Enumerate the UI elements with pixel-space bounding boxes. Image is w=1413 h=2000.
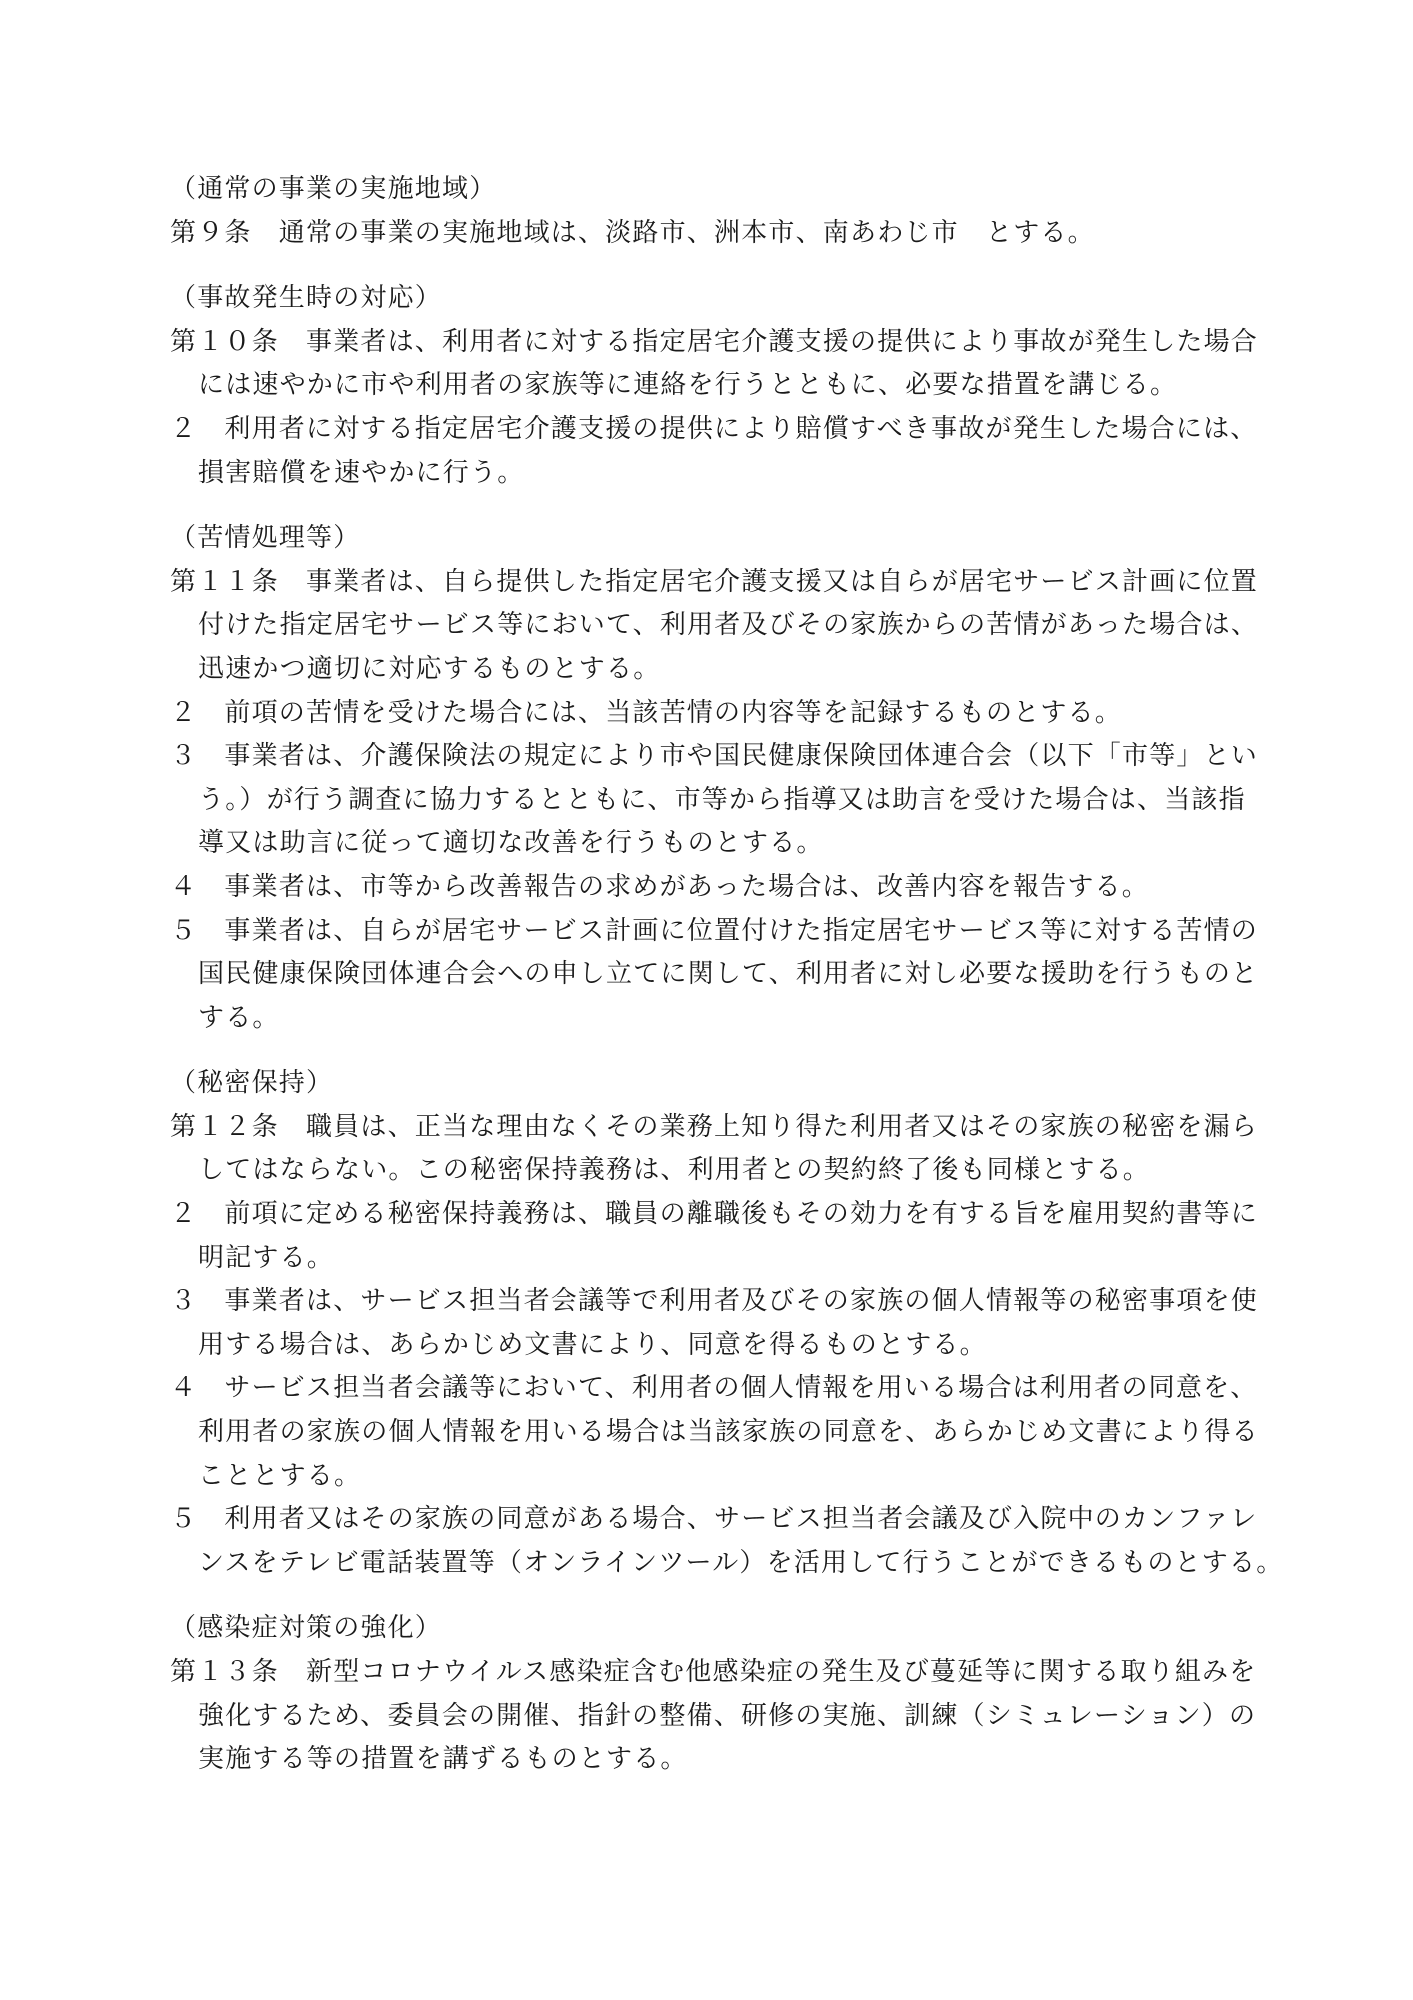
text-line: 導又は助言に従って適切な改善を行うものとする。 — [170, 822, 1250, 866]
text-line: こととする。 — [170, 1455, 1250, 1499]
text-line: ２ 前項に定める秘密保持義務は、職員の離職後もその効力を有する旨を雇用契約書等に — [170, 1193, 1250, 1237]
article-12-item-2: ２ 前項に定める秘密保持義務は、職員の離職後もその効力を有する旨を雇用契約書等に… — [170, 1193, 1250, 1280]
article-10: 第１０条 事業者は、利用者に対する指定居宅介護支援の提供により事故が発生した場合… — [170, 321, 1250, 408]
section-heading: （苦情処理等） — [170, 517, 1250, 561]
article-9: 第９条 通常の事業の実施地域は、淡路市、洲本市、南あわじ市 とする。 — [170, 212, 1250, 256]
article-12: 第１２条 職員は、正当な理由なくその業務上知り得た利用者又はその家族の秘密を漏ら… — [170, 1106, 1250, 1193]
text-line: ２ 利用者に対する指定居宅介護支援の提供により賠償すべき事故が発生した場合には、 — [170, 408, 1250, 452]
section-heading: （通常の事業の実施地域） — [170, 168, 1250, 212]
text-line: ３ 事業者は、サービス担当者会議等で利用者及びその家族の個人情報等の秘密事項を使 — [170, 1280, 1250, 1324]
text-line: 迅速かつ適切に対応するものとする。 — [170, 648, 1250, 692]
text-line: う。）が行う調査に協力するとともに、市等から指導又は助言を受けた場合は、当該指 — [170, 779, 1250, 823]
text-line: 第１３条 新型コロナウイルス感染症含む他感染症の発生及び蔓延等に関する取り組みを — [170, 1651, 1250, 1695]
article-11-item-5: ５ 事業者は、自らが居宅サービス計画に位置付けた指定居宅サービス等に対する苦情の… — [170, 910, 1250, 1041]
article-12-item-4: ４ サービス担当者会議等において、利用者の個人情報を用いる場合は利用者の同意を、… — [170, 1367, 1250, 1498]
document-page: （通常の事業の実施地域） 第９条 通常の事業の実施地域は、淡路市、洲本市、南あわ… — [170, 168, 1250, 1782]
text-line: 実施する等の措置を講ずるものとする。 — [170, 1738, 1250, 1782]
section-infection-control: （感染症対策の強化） 第１３条 新型コロナウイルス感染症含む他感染症の発生及び蔓… — [170, 1607, 1250, 1781]
article-11-item-2: ２ 前項の苦情を受けた場合には、当該苦情の内容等を記録するものとする。 — [170, 692, 1250, 736]
article-10-item-2: ２ 利用者に対する指定居宅介護支援の提供により賠償すべき事故が発生した場合には、… — [170, 408, 1250, 495]
text-line: ４ 事業者は、市等から改善報告の求めがあった場合は、改善内容を報告する。 — [170, 866, 1250, 910]
section-confidentiality: （秘密保持） 第１２条 職員は、正当な理由なくその業務上知り得た利用者又はその家… — [170, 1062, 1250, 1585]
text-line: 利用者の家族の個人情報を用いる場合は当該家族の同意を、あらかじめ文書により得る — [170, 1411, 1250, 1455]
article-12-item-3: ３ 事業者は、サービス担当者会議等で利用者及びその家族の個人情報等の秘密事項を使… — [170, 1280, 1250, 1367]
section-heading: （事故発生時の対応） — [170, 277, 1250, 321]
text-line: ５ 利用者又はその家族の同意がある場合、サービス担当者会議及び入院中のカンファレ — [170, 1498, 1250, 1542]
text-line: する。 — [170, 997, 1250, 1041]
text-line: 第１２条 職員は、正当な理由なくその業務上知り得た利用者又はその家族の秘密を漏ら — [170, 1106, 1250, 1150]
section-heading: （秘密保持） — [170, 1062, 1250, 1106]
text-line: 国民健康保険団体連合会への申し立てに関して、利用者に対し必要な援助を行うものと — [170, 953, 1250, 997]
text-line: ５ 事業者は、自らが居宅サービス計画に位置付けた指定居宅サービス等に対する苦情の — [170, 910, 1250, 954]
text-line: 明記する。 — [170, 1237, 1250, 1281]
text-line: 強化するため、委員会の開催、指針の整備、研修の実施、訓練（シミュレーション）の — [170, 1695, 1250, 1739]
text-line: 第１１条 事業者は、自ら提供した指定居宅介護支援又は自らが居宅サービス計画に位置 — [170, 561, 1250, 605]
text-line: ２ 前項の苦情を受けた場合には、当該苦情の内容等を記録するものとする。 — [170, 692, 1250, 736]
text-line: ３ 事業者は、介護保険法の規定により市や国民健康保険団体連合会（以下「市等」とい — [170, 735, 1250, 779]
text-line: 付けた指定居宅サービス等において、利用者及びその家族からの苦情があった場合は、 — [170, 604, 1250, 648]
text-line: 第９条 通常の事業の実施地域は、淡路市、洲本市、南あわじ市 とする。 — [170, 212, 1250, 256]
section-accident-response: （事故発生時の対応） 第１０条 事業者は、利用者に対する指定居宅介護支援の提供に… — [170, 277, 1250, 495]
text-line: ンスをテレビ電話装置等（オンラインツール）を活用して行うことができるものとする。 — [170, 1542, 1250, 1586]
text-line: してはならない。この秘密保持義務は、利用者との契約終了後も同様とする。 — [170, 1149, 1250, 1193]
article-13: 第１３条 新型コロナウイルス感染症含む他感染症の発生及び蔓延等に関する取り組みを… — [170, 1651, 1250, 1782]
text-line: ４ サービス担当者会議等において、利用者の個人情報を用いる場合は利用者の同意を、 — [170, 1367, 1250, 1411]
text-line: には速やかに市や利用者の家族等に連絡を行うとともに、必要な措置を講じる。 — [170, 364, 1250, 408]
article-11-item-4: ４ 事業者は、市等から改善報告の求めがあった場合は、改善内容を報告する。 — [170, 866, 1250, 910]
section-service-area: （通常の事業の実施地域） 第９条 通常の事業の実施地域は、淡路市、洲本市、南あわ… — [170, 168, 1250, 255]
article-11-item-3: ３ 事業者は、介護保険法の規定により市や国民健康保険団体連合会（以下「市等」とい… — [170, 735, 1250, 866]
text-line: 用する場合は、あらかじめ文書により、同意を得るものとする。 — [170, 1324, 1250, 1368]
section-complaints: （苦情処理等） 第１１条 事業者は、自ら提供した指定居宅介護支援又は自らが居宅サ… — [170, 517, 1250, 1040]
section-heading: （感染症対策の強化） — [170, 1607, 1250, 1651]
text-line: 第１０条 事業者は、利用者に対する指定居宅介護支援の提供により事故が発生した場合 — [170, 321, 1250, 365]
text-line: 損害賠償を速やかに行う。 — [170, 452, 1250, 496]
article-11: 第１１条 事業者は、自ら提供した指定居宅介護支援又は自らが居宅サービス計画に位置… — [170, 561, 1250, 692]
article-12-item-5: ５ 利用者又はその家族の同意がある場合、サービス担当者会議及び入院中のカンファレ… — [170, 1498, 1250, 1585]
